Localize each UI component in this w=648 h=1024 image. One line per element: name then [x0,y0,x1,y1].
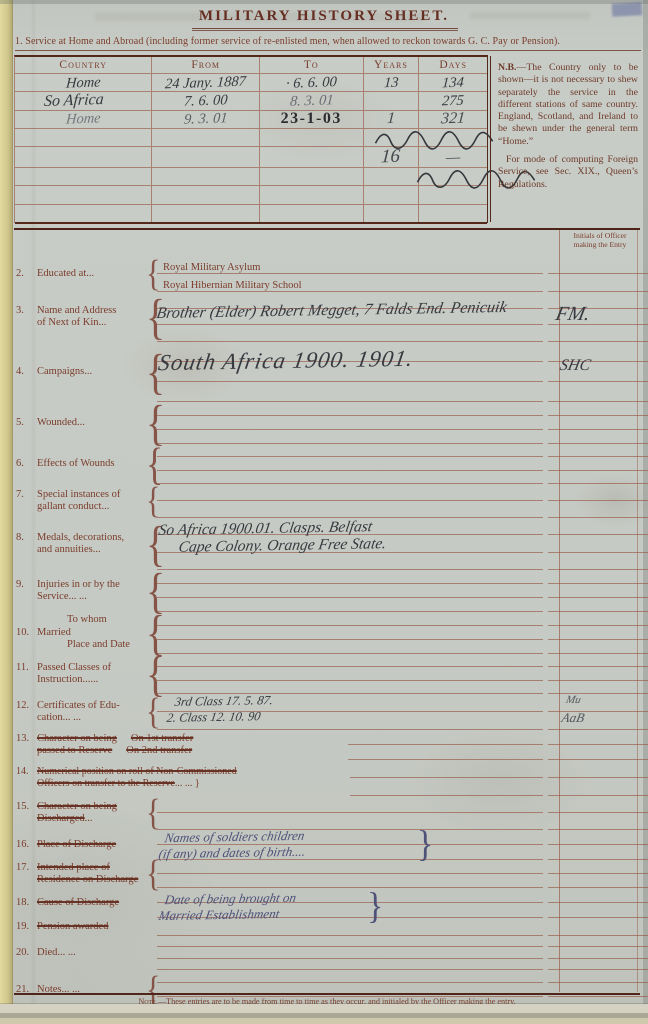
entry-area: Royal Military AsylumRoyal Hibernian Mil… [157,256,543,292]
ruled-line [157,813,543,830]
ruled-line [157,874,543,888]
ruled-line [157,626,543,640]
section-s8: 8.Medals, decorations,and annuities ...{… [14,518,640,570]
struck-label-text: Pension awarded [37,921,108,934]
cell-years [364,92,420,109]
section-number: 20. [16,947,37,960]
cell-from [152,186,260,203]
label-text: gallant conduct [37,501,101,514]
entry-area [157,654,543,694]
cell-country [15,147,152,167]
table-row: So Africa7. 6. 008. 3. 01275 [15,92,487,110]
ruled-line [157,598,543,612]
printed-entry: Royal Hibernian Military School [163,280,302,291]
cell-country [15,186,152,203]
section-s11: 11.Passed Classes ofInstruction... ...{ [14,654,640,694]
table-row [15,205,487,224]
label-text: To whom [67,614,107,627]
section-s19: 19.Pension awarded [14,918,640,936]
ruled-line [157,457,543,470]
cell-from: 24 Jany. 1887 [152,74,260,91]
ruled-line [548,888,648,903]
ruled-line [548,959,648,970]
cell-country: Home [15,74,152,91]
cell-years [364,205,420,222]
handwriting-entry: Names of soldiers children [164,829,306,844]
ruled-line [548,830,648,845]
initials-area [548,860,648,888]
ruled-line [548,457,648,470]
handwriting-entry: Home [65,75,101,91]
handwriting-entry: Married Establishment [158,907,281,922]
section-label: 12.Certificates of Edu-cation ... ... [14,694,154,730]
section-s15: 15.Character on beingDischarged ...{ [14,796,640,830]
ruled-line [548,918,648,936]
ruled-line [157,654,543,667]
initials-area [548,730,648,760]
section-s10: To whom10.MarriedPlace and Date{ [14,612,640,654]
cell-years: 1 [364,111,420,128]
section-number: 5. [16,417,37,430]
section-number: 14. [16,766,37,779]
ruled-line [548,444,648,457]
ruled-line [548,416,648,430]
ruled-line: Royal Hibernian Military School [157,274,543,292]
ruled-line [548,626,648,640]
entry-area [157,860,543,888]
handwriting-entry: 3rd Class 17. 5. 87. [174,694,274,708]
label-text: Wounded [37,417,77,430]
ruled-line [350,760,543,778]
initials-area [548,570,648,612]
initials-area [548,444,648,484]
struck-label-text: Character on being [37,801,117,814]
ruled-line [548,874,648,888]
section-number [16,745,37,758]
ruled-line [548,612,648,626]
initials-area [548,918,648,936]
officer-initials: Mu [565,695,582,706]
section-number: 15. [16,801,37,814]
scribble-mark [359,130,511,147]
section-label: 5.Wounded ... [14,402,154,444]
entry-area [157,570,543,612]
ruled-line [157,970,543,983]
handwriting-entry: Cape Colony. Orange Free State. [177,536,387,555]
handwriting-entry: 16 [381,147,401,167]
section-number: 8. [16,532,37,545]
document-page: MILITARY HISTORY SHEET. 1. Service at Ho… [0,0,648,1024]
cell-country: So Africa [15,92,152,109]
section-number: 6. [16,458,37,471]
label-text: Married [37,627,71,640]
ruled-line [548,501,648,518]
entry-area [157,936,543,970]
entry-area [157,796,543,830]
label-text: ... [93,544,101,557]
nb-column-divider [490,56,491,222]
label-text: Educated at [37,268,86,281]
cell-country: Home [15,111,152,128]
column-header-from: From [152,57,260,73]
cell-years: 16 [364,147,420,167]
ruled-line [548,570,648,584]
handwriting-entry: — [445,150,460,167]
handwriting-brace: } [417,826,433,863]
ruled-line [157,640,543,654]
handwriting-entry: 7. 6. 00 [183,93,227,109]
handwriting-entry: 23-1-03 [281,111,342,127]
initials-area [548,612,648,654]
initials-area [548,256,648,292]
section-s7: 7.Special instances ofgallant conduct ..… [14,484,640,518]
section-s17: 17.Intended place ofResidence on Dischar… [14,860,640,888]
label-text: Medals, decorations, [37,532,124,545]
initials-area: FM. [548,292,648,342]
label-text: Effects of Wounds [37,458,115,471]
handwriting-entry: · 6. 6. 00 [285,75,337,91]
label-text: ... [90,674,98,687]
entry-area [350,760,543,796]
ruled-line [157,612,543,626]
ruled-line [348,730,543,745]
ruled-line [548,430,648,444]
cell-from [152,147,260,167]
ruled-line [157,430,543,444]
ruled-line [157,471,543,484]
cell-days: — [419,147,487,167]
handwriting-entry: 134 [442,75,465,90]
label-text: cation [37,712,63,725]
section-divider-rule [14,228,640,230]
table-row [15,186,487,204]
initials-column-header: Initials of Officer making the Entry [562,232,638,251]
label-text: ... ... } [175,778,200,791]
cell-to [260,129,364,146]
section-s5: 5.Wounded ...{ [14,402,640,444]
table-row: Home24 Jany. 1887· 6. 6. 0013134 [15,74,487,92]
ruled-line [548,553,648,570]
handwriting-entry: 9. 3. 01 [183,112,227,128]
section-label: 4.Campaigns ... [14,342,154,402]
section-label: 19.Pension awarded [14,918,154,936]
ruled-line [548,730,648,745]
initials-area [548,760,648,796]
cell-days [419,205,487,222]
printed-entry: Royal Military Asylum [163,262,260,273]
struck-label-text: On 2nd transfer [126,745,192,758]
section-number [16,778,37,791]
section-label: 11.Passed Classes ofInstruction... ... [14,654,154,694]
struck-label-text: passed to Reserve [37,745,112,758]
ruled-line [157,501,543,518]
section-number: 7. [16,489,37,502]
section-s13: 13.Character on beingOn 1st transferpass… [14,730,640,760]
section-label: To whom10.MarriedPlace and Date [14,612,154,654]
handwriting-brace: } [367,888,383,925]
struck-label-text: Character on being [37,733,117,746]
section-s18: 18.Cause of DischargeDate of being broug… [14,888,640,918]
cell-from: 7. 6. 00 [152,92,260,109]
label-text: Campaigns [37,366,84,379]
handwriting-entry: South Africa 1900. 1901. [157,347,416,374]
table-row: Home9. 3. 0123-1-031321 [15,111,487,129]
ruled-line [548,860,648,874]
handwriting-entry: 2. Class 12. 10. 90 [166,710,262,724]
table-row: 16— [15,147,487,168]
label-text: Special instances of [37,489,120,502]
entry-area [157,484,543,518]
initials-area [548,518,648,570]
entry-area: 3rd Class 17. 5. 87.2. Class 12. 10. 90 [157,694,543,730]
numbered-sections: 2.Educated at ...{Royal Military AsylumR… [14,256,640,1010]
column-header-years: Years [364,57,420,73]
table-row [15,129,487,147]
section-number: 4. [16,366,37,379]
section-s2: 2.Educated at ...{Royal Military AsylumR… [14,256,640,292]
section-label: 17.Intended place ofResidence on Dischar… [14,860,154,888]
section-number: 18. [16,897,37,910]
handwriting-entry: 275 [442,94,465,109]
ruled-line [548,813,648,830]
ruled-line [157,325,543,342]
ruled-line [548,402,648,416]
ruled-line [548,947,648,958]
cell-years [364,186,420,203]
label-text: and annuities [37,544,93,557]
cell-years: 13 [364,74,420,91]
section-label: 20.Died ... ... [14,936,154,970]
cell-to: · 6. 6. 00 [260,74,364,91]
page-bottom-edge [0,1004,648,1013]
service-table: Country From To Years Days Home24 Jany. … [14,55,488,223]
initials-area [548,830,648,860]
section-number: 13. [16,733,37,746]
handwriting-entry: 1 [386,111,395,127]
label-text: ... ... [63,712,81,725]
section-s16: 16.Place of DischargeNames of soldiers c… [14,830,640,860]
footer-rule [14,993,640,995]
ruled-line [548,584,648,598]
entry-area [157,612,543,654]
ruled-line [350,778,543,796]
section-s12: 12.Certificates of Edu-cation ... ...{3r… [14,694,640,730]
section-label: 16.Place of Discharge [14,830,154,860]
section-number: 11. [16,662,37,675]
section-number: 2. [16,268,37,281]
nb-paragraph-1: —The Country only to be shown—it is not … [498,62,638,147]
ruled-line [157,484,543,501]
section-label: 9.Injuries in or by theService ... ... [14,570,154,612]
section-label: 7.Special instances ofgallant conduct ..… [14,484,154,518]
struck-label-text: Place of Discharge [37,839,116,852]
cell-country [15,168,152,185]
cell-from [152,129,260,146]
column-header-country: Country [15,57,152,73]
ruled-line [548,654,648,667]
label-text: ... [77,417,85,430]
handwriting-entry: 13 [383,76,399,91]
entry-area: So Africa 1900.01. Clasps. BelfastCape C… [157,518,543,570]
handwriting-entry: Date of being brought on [164,891,297,906]
label-text: Name and Address [37,305,116,318]
cell-days: 134 [419,74,487,91]
nb-note: N.B.—The Country only to be shown—it is … [498,62,638,191]
cell-to [260,147,364,167]
label-text: of Next of Kin [37,317,99,330]
section-s20: 20.Died ... ... [14,936,640,970]
cell-to [260,205,364,222]
initials-area: MuAaB [548,694,648,730]
label-text: Injuries in or by the [37,579,120,592]
ruled-line [548,382,648,402]
cell-days: 321 [419,111,487,128]
ruled-line [157,860,543,874]
section-s9: 9.Injuries in or by theService ... ...{ [14,570,640,612]
officer-initials: AaB [561,711,586,724]
struck-label-text: On 1st transfer [131,733,193,746]
next-page-edge [0,1018,648,1024]
label-text: ... [86,268,94,281]
label-text: Passed Classes of [37,662,111,675]
handwriting-entry: 321 [441,110,466,127]
initials-area [548,888,648,918]
section-label: 13.Character on beingOn 1st transferpass… [14,730,344,760]
officer-initials: FM. [554,304,592,324]
ruled-line [157,936,543,947]
ruled-line [548,471,648,484]
section-label: 18.Cause of Discharge [14,888,154,918]
label-text: ... [101,501,109,514]
nb-paragraph-2: For mode of computing Foreign Service, s… [498,154,638,191]
initials-area [548,654,648,694]
title-underline [192,28,458,31]
section-s6: 6.Effects of Wounds{ [14,444,640,484]
label-text: Service [37,591,69,604]
table-row [15,168,487,186]
handwriting-entry: 8. 3. 01 [289,93,333,109]
handwriting-entry: Home [65,112,101,128]
ruled-line [548,745,648,760]
cell-to [260,186,364,203]
nb-lead: N.B. [498,62,517,73]
section-s14: 14.Numerical position on roll of Non-Com… [14,760,640,796]
ruled-line [548,274,648,292]
section-number: 17. [16,862,37,875]
section-s4: 4.Campaigns ...{South Africa 1900. 1901.… [14,342,640,402]
label-text: ... ... [69,591,87,604]
ruled-line [548,903,648,918]
ruled-line [548,484,648,501]
ruled-line [548,845,648,860]
ruled-line [157,570,543,584]
ruled-line [157,416,543,430]
cell-to: 8. 3. 01 [260,92,364,109]
label-text: Certificates of Edu- [37,700,120,713]
struck-label-text: Officers on transfer to the Reserve [37,778,175,791]
cell-from [152,168,260,185]
service-table-rows: Home24 Jany. 1887· 6. 6. 0013134So Afric… [15,74,487,224]
initials-area: SHC [548,342,648,402]
section-number: 19. [16,921,37,934]
military-history-sheet-scan: { "colors": { "print_ink": "#7a3c2b", "h… [0,0,648,1024]
initials-area [548,796,648,830]
cell-country [15,129,152,146]
ruled-line [348,745,543,760]
label-text: Died [37,947,57,960]
struck-label-text: Cause of Discharge [37,897,119,910]
section-number: 9. [16,579,37,592]
struck-label-text: Numerical position on roll of Non-Commis… [37,766,237,779]
officer-initials: SHC [558,358,592,374]
ruled-line [548,681,648,694]
struck-label-text: Intended place of [37,862,110,875]
ruled-line [157,667,543,680]
ruled-line [548,598,648,612]
section-label: 6.Effects of Wounds [14,444,154,484]
cell-from [152,205,260,222]
struck-label-text: Residence on Discharge [37,874,138,887]
ruled-line [157,947,543,958]
ruled-line [157,584,543,598]
entry-area: Date of being brought onMarried Establis… [157,888,543,918]
label-text: ... [99,317,107,330]
cell-country [15,205,152,222]
label-text: ... ... [57,947,75,960]
section-number: 12. [16,700,37,713]
ruled-line [157,444,543,457]
label-text: ... [85,813,93,826]
section1-clause: 1. Service at Home and Abroad (including… [15,36,641,51]
section-label: 2.Educated at ... [14,256,154,292]
service-table-header: Country From To Years Days [15,57,487,74]
ruled-line [157,796,543,813]
entry-area: Names of soldiers children(if any) and d… [157,830,543,860]
page-binding-edge [0,0,13,1024]
struck-label-text: Discharged [37,813,85,826]
entry-area [157,402,543,444]
ruled-line [548,760,648,778]
section-label: 14.Numerical position on roll of Non-Com… [14,760,344,796]
ruled-line [548,970,648,983]
label-text: Instruction... [37,674,90,687]
cell-to [260,168,364,185]
cell-days: 275 [419,92,487,109]
ruled-line [548,325,648,342]
section-label: 3.Name and Addressof Next of Kin ... [14,292,154,342]
initials-area [548,936,648,970]
handwriting-entry: 24 Jany. 1887 [165,74,247,91]
section-label: 8.Medals, decorations,and annuities ... [14,518,154,570]
ruled-line [157,402,543,416]
label-text: Place and Date [67,639,130,652]
ruled-line [157,959,543,970]
section-label: 15.Character on beingDischarged ... [14,796,154,830]
ruled-line [548,936,648,947]
ruled-line [548,640,648,654]
ruled-line [548,535,648,552]
initials-area [548,402,648,444]
ruled-line [548,256,648,274]
page-title: MILITARY HISTORY SHEET. [0,8,648,25]
entry-area: Brother (Elder) Robert Megget, 7 Falds E… [157,292,543,342]
handwriting-entry: (if any) and dates of birth.... [158,845,307,861]
ruled-line [157,382,543,402]
entry-area [348,730,543,760]
column-header-to: To [260,57,364,73]
handwriting-entry: So Africa [44,91,105,109]
entry-area: South Africa 1900. 1901. [157,342,543,402]
